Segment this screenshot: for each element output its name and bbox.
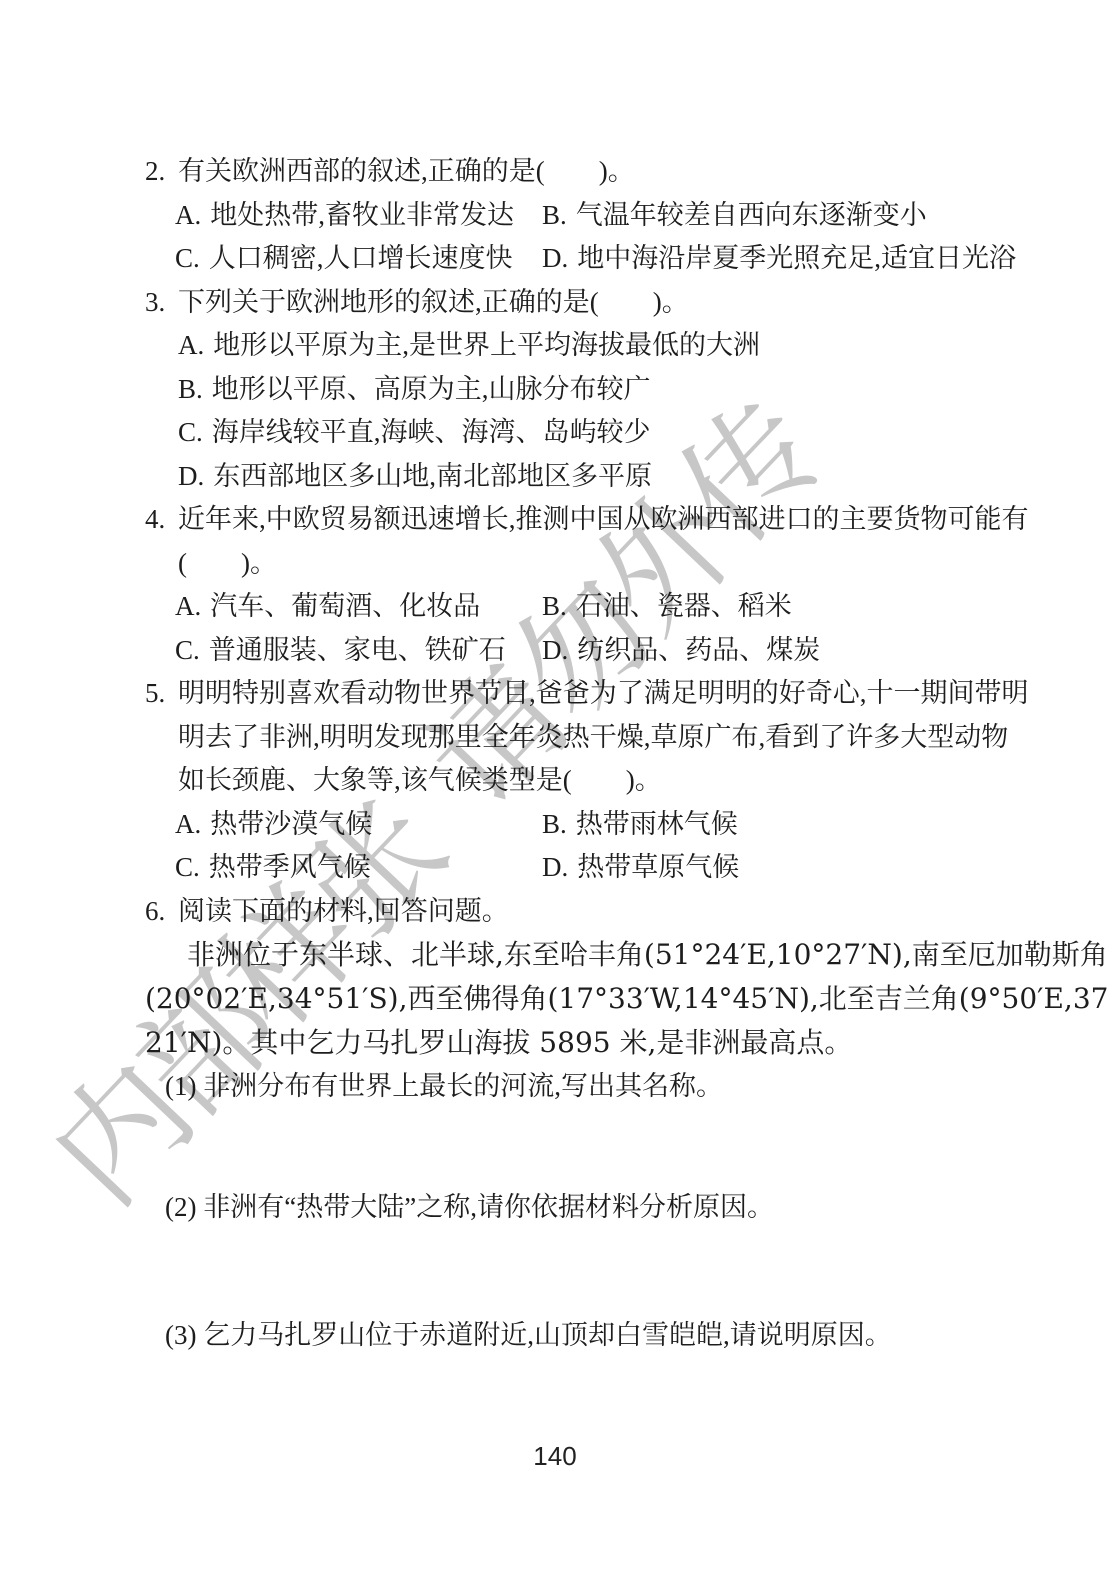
question-stem: 下列关于欧洲地形的叙述,正确的是( )。 — [178, 281, 689, 325]
option-label: A. — [175, 809, 201, 839]
option-text: 石油、瓷器、稻米 — [576, 591, 792, 621]
option-a: A.地形以平原为主,是世界上平均海拔最低的大洲 — [178, 324, 1020, 368]
option-a: A.汽车、葡萄酒、化妆品 — [175, 585, 542, 629]
option-text: 地中海沿岸夏季光照充足,适宜日光浴 — [577, 243, 1016, 273]
option-text: 热带季风气候 — [209, 852, 371, 882]
option-label: C. — [175, 635, 200, 665]
option-c: C.人口稠密,人口增长速度快 — [175, 237, 542, 281]
page-number: 140 — [0, 1441, 1110, 1472]
option-d: D.地中海沿岸夏季光照充足,适宜日光浴 — [542, 237, 1016, 281]
option-a: A.地处热带,畜牧业非常发达 — [175, 194, 542, 238]
option-text: 地处热带,畜牧业非常发达 — [210, 200, 514, 230]
option-d: D.纺织品、药品、煤炭 — [542, 629, 820, 673]
question-number: 6. — [145, 890, 178, 934]
option-text: 纺织品、药品、煤炭 — [577, 635, 820, 665]
option-text: 热带雨林气候 — [576, 809, 738, 839]
option-c: C.热带季风气候 — [175, 846, 542, 890]
option-label: D. — [542, 852, 568, 882]
option-c: C.普通服装、家电、铁矿石 — [175, 629, 542, 673]
option-b: B.热带雨林气候 — [542, 803, 738, 847]
sub-question-1: (1) 非洲分布有世界上最长的河流,写出其名称。 — [165, 1065, 1020, 1109]
option-text: 东西部地区多山地,南北部地区多平原 — [213, 461, 652, 491]
question-stem-continued: 如长颈鹿、大象等,该气候类型是( )。 — [178, 759, 1020, 803]
question-stem: 阅读下面的材料,回答问题。 — [178, 890, 509, 934]
option-label: D. — [542, 635, 568, 665]
question-number: 3. — [145, 281, 178, 325]
option-label: D. — [542, 243, 568, 273]
material-line: (20°02′E,34°51′S),西至佛得角(17°33′W,14°45′N)… — [145, 977, 1020, 1021]
option-b: B.石油、瓷器、稻米 — [542, 585, 792, 629]
option-text: 地形以平原、高原为主,山脉分布较广 — [212, 374, 651, 404]
material-line: 非洲位于东半球、北半球,东至哈丰角(51°24′E,10°27′N),南至厄加勒… — [145, 933, 1020, 977]
option-label: C. — [175, 243, 200, 273]
material-line: 21′N)。其中乞力马扎罗山海拔 5895 米,是非洲最高点。 — [145, 1021, 1020, 1065]
option-label: D. — [178, 461, 204, 491]
option-text: 热带草原气候 — [577, 852, 739, 882]
question-2: 2. 有关欧洲西部的叙述,正确的是( )。 A.地处热带,畜牧业非常发达 B.气… — [145, 150, 1020, 281]
question-stem-continued: 明去了非洲,明明发现那里全年炎热干燥,草原广布,看到了许多大型动物 — [178, 716, 1020, 760]
option-b: B.地形以平原、高原为主,山脉分布较广 — [178, 368, 1020, 412]
page-content: 2. 有关欧洲西部的叙述,正确的是( )。 A.地处热带,畜牧业非常发达 B.气… — [0, 0, 1110, 1358]
question-number: 2. — [145, 150, 178, 194]
option-label: C. — [175, 852, 200, 882]
option-c: C.海岸线较平直,海峡、海湾、岛屿较少 — [178, 411, 1020, 455]
sub-question-2: (2) 非洲有“热带大陆”之称,请你依据材料分析原因。 — [165, 1186, 1020, 1230]
question-stem: 近年来,中欧贸易额迅速增长,推测中国从欧洲西部进口的主要货物可能有 — [178, 498, 1029, 542]
option-b: B.气温年较差自西向东逐渐变小 — [542, 194, 927, 238]
question-stem-continued: ( )。 — [178, 542, 1020, 586]
question-3: 3. 下列关于欧洲地形的叙述,正确的是( )。 A.地形以平原为主,是世界上平均… — [145, 281, 1020, 499]
option-d: D.热带草原气候 — [542, 846, 739, 890]
option-text: 热带沙漠气候 — [210, 809, 372, 839]
option-label: B. — [542, 809, 567, 839]
option-label: A. — [175, 591, 201, 621]
question-stem: 明明特别喜欢看动物世界节目,爸爸为了满足明明的好奇心,十一期间带明 — [178, 672, 1029, 716]
sub-question-3: (3) 乞力马扎罗山位于赤道附近,山顶却白雪皑皑,请说明原因。 — [165, 1314, 1020, 1358]
option-text: 海岸线较平直,海峡、海湾、岛屿较少 — [212, 417, 651, 447]
option-label: B. — [542, 200, 567, 230]
question-stem: 有关欧洲西部的叙述,正确的是( )。 — [178, 150, 635, 194]
reading-material: 非洲位于东半球、北半球,东至哈丰角(51°24′E,10°27′N),南至厄加勒… — [145, 933, 1020, 1065]
option-a: A.热带沙漠气候 — [175, 803, 542, 847]
question-number: 4. — [145, 498, 178, 542]
option-text: 气温年较差自西向东逐渐变小 — [576, 200, 927, 230]
option-text: 地形以平原为主,是世界上平均海拔最低的大洲 — [213, 330, 760, 360]
option-label: A. — [178, 330, 204, 360]
question-number: 5. — [145, 672, 178, 716]
option-d: D.东西部地区多山地,南北部地区多平原 — [178, 455, 1020, 499]
option-label: A. — [175, 200, 201, 230]
exam-page: 内部样张 请勿外传 2. 有关欧洲西部的叙述,正确的是( )。 A.地处热带,畜… — [0, 0, 1110, 1571]
question-4: 4. 近年来,中欧贸易额迅速增长,推测中国从欧洲西部进口的主要货物可能有 ( )… — [145, 498, 1020, 672]
option-label: B. — [178, 374, 203, 404]
question-5: 5. 明明特别喜欢看动物世界节目,爸爸为了满足明明的好奇心,十一期间带明 明去了… — [145, 672, 1020, 890]
option-text: 人口稠密,人口增长速度快 — [209, 243, 513, 273]
option-label: C. — [178, 417, 203, 447]
option-label: B. — [542, 591, 567, 621]
option-text: 普通服装、家电、铁矿石 — [209, 635, 506, 665]
question-6: 6. 阅读下面的材料,回答问题。 非洲位于东半球、北半球,东至哈丰角(51°24… — [145, 890, 1020, 1358]
option-text: 汽车、葡萄酒、化妆品 — [210, 591, 480, 621]
